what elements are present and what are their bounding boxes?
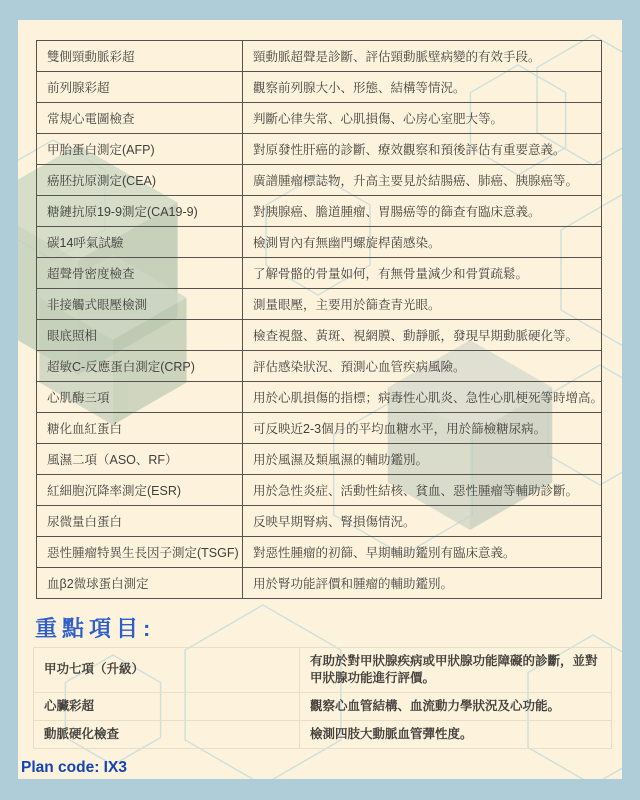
- exam-desc: 廣譜腫瘤標誌物，升高主要見於結腸癌、肺癌、胰腺癌等。: [243, 165, 602, 196]
- exam-name: 癌胚抗原測定(CEA): [37, 165, 243, 196]
- highlight-desc: 觀察心血管結構、血流動力學狀況及心功能。: [300, 692, 612, 720]
- exam-name: 前列腺彩超: [37, 72, 243, 103]
- exam-name: 惡性腫瘤特異生長因子測定(TSGF): [37, 537, 243, 568]
- table-row: 心肌酶三項 用於心肌損傷的指標；病毒性心肌炎、急性心肌梗死等時增高。: [37, 382, 602, 413]
- exam-name: 心肌酶三項: [37, 382, 243, 413]
- exam-name: 超敏C-反應蛋白測定(CRP): [37, 351, 243, 382]
- table-row: 癌胚抗原測定(CEA) 廣譜腫瘤標誌物，升高主要見於結腸癌、肺癌、胰腺癌等。: [37, 165, 602, 196]
- exam-desc: 對原發性肝癌的診斷、療效觀察和預後評估有重要意義。: [243, 134, 602, 165]
- highlight-items-table: 甲功七項（升級） 有助於對甲狀腺疾病或甲狀腺功能障礙的診斷，並對甲狀腺功能進行評…: [33, 647, 612, 749]
- exam-desc: 觀察前列腺大小、形態、結構等情況。: [243, 72, 602, 103]
- highlight-name: 心臟彩超: [34, 692, 300, 720]
- exam-name: 尿微量白蛋白: [37, 506, 243, 537]
- exam-name: 超聲骨密度檢查: [37, 258, 243, 289]
- table-row: 非接觸式眼壓檢測 測量眼壓，主要用於篩查青光眼。: [37, 289, 602, 320]
- table-row: 紅細胞沉降率測定(ESR) 用於急性炎症、活動性結核、貧血、惡性腫瘤等輔助診斷。: [37, 475, 602, 506]
- exam-name: 甲胎蛋白測定(AFP): [37, 134, 243, 165]
- exam-name: 雙側頸動脈彩超: [37, 41, 243, 72]
- exam-name: 紅細胞沉降率測定(ESR): [37, 475, 243, 506]
- exam-desc: 對胰腺癌、膽道腫瘤、胃腸癌等的篩查有臨床意義。: [243, 196, 602, 227]
- exam-desc: 了解骨骼的骨量如何，有無骨量減少和骨質疏鬆。: [243, 258, 602, 289]
- table-row: 糖鏈抗原19-9測定(CA19-9) 對胰腺癌、膽道腫瘤、胃腸癌等的篩查有臨床意…: [37, 196, 602, 227]
- table-row: 血β2微球蛋白測定 用於腎功能評價和腫瘤的輔助鑑別。: [37, 568, 602, 599]
- exam-desc: 評估感染狀況、預測心血管疾病風險。: [243, 351, 602, 382]
- table-row: 甲功七項（升級） 有助於對甲狀腺疾病或甲狀腺功能障礙的診斷，並對甲狀腺功能進行評…: [34, 648, 612, 693]
- exam-name: 風濕二項（ASO、RF）: [37, 444, 243, 475]
- table-row: 尿微量白蛋白 反映早期腎病、腎損傷情況。: [37, 506, 602, 537]
- plan-card: 雙側頸動脈彩超 頸動脈超聲是診斷、評估頸動脈壁病變的有效手段。 前列腺彩超 觀察…: [18, 20, 622, 779]
- exam-desc: 用於風濕及類風濕的輔助鑑別。: [243, 444, 602, 475]
- exam-name: 眼底照相: [37, 320, 243, 351]
- exam-desc: 用於腎功能評價和腫瘤的輔助鑑別。: [243, 568, 602, 599]
- highlight-name: 甲功七項（升級）: [34, 648, 300, 693]
- highlight-desc: 檢測四肢大動脈血管彈性度。: [300, 720, 612, 748]
- table-row: 甲胎蛋白測定(AFP) 對原發性肝癌的診斷、療效觀察和預後評估有重要意義。: [37, 134, 602, 165]
- exam-name: 非接觸式眼壓檢測: [37, 289, 243, 320]
- table-row: 雙側頸動脈彩超 頸動脈超聲是診斷、評估頸動脈壁病變的有效手段。: [37, 41, 602, 72]
- exam-name: 血β2微球蛋白測定: [37, 568, 243, 599]
- table-row: 糖化血紅蛋白 可反映近2-3個月的平均血糖水平，用於篩檢糖尿病。: [37, 413, 602, 444]
- table-row: 超聲骨密度檢查 了解骨骼的骨量如何，有無骨量減少和骨質疏鬆。: [37, 258, 602, 289]
- exam-name: 碳14呼氣試驗: [37, 227, 243, 258]
- highlight-desc: 有助於對甲狀腺疾病或甲狀腺功能障礙的診斷，並對甲狀腺功能進行評價。: [300, 648, 612, 693]
- highlight-section-heading: 重點項目:: [35, 612, 155, 643]
- table-row: 惡性腫瘤特異生長因子測定(TSGF) 對惡性腫瘤的初篩、早期輔助鑑別有臨床意義。: [37, 537, 602, 568]
- table-row: 心臟彩超 觀察心血管結構、血流動力學狀況及心功能。: [34, 692, 612, 720]
- exam-desc: 檢查視盤、黃斑、視網膜、動靜脈，發現早期動脈硬化等。: [243, 320, 602, 351]
- exam-name: 糖化血紅蛋白: [37, 413, 243, 444]
- table-row: 碳14呼氣試驗 檢測胃內有無幽門螺旋桿菌感染。: [37, 227, 602, 258]
- exam-desc: 對惡性腫瘤的初篩、早期輔助鑑別有臨床意義。: [243, 537, 602, 568]
- table-row: 動脈硬化檢查 檢測四肢大動脈血管彈性度。: [34, 720, 612, 748]
- exam-name: 糖鏈抗原19-9測定(CA19-9): [37, 196, 243, 227]
- table-row: 前列腺彩超 觀察前列腺大小、形態、結構等情況。: [37, 72, 602, 103]
- exam-name: 常規心電圖檢查: [37, 103, 243, 134]
- table-row: 風濕二項（ASO、RF） 用於風濕及類風濕的輔助鑑別。: [37, 444, 602, 475]
- highlight-name: 動脈硬化檢查: [34, 720, 300, 748]
- exam-desc: 判斷心律失常、心肌損傷、心房心室肥大等。: [243, 103, 602, 134]
- exam-desc: 反映早期腎病、腎損傷情況。: [243, 506, 602, 537]
- exam-desc: 檢測胃內有無幽門螺旋桿菌感染。: [243, 227, 602, 258]
- table-row: 常規心電圖檢查 判斷心律失常、心肌損傷、心房心室肥大等。: [37, 103, 602, 134]
- exam-desc: 頸動脈超聲是診斷、評估頸動脈壁病變的有效手段。: [243, 41, 602, 72]
- plan-code-label: Plan code: IX3: [21, 759, 127, 777]
- exam-desc: 測量眼壓，主要用於篩查青光眼。: [243, 289, 602, 320]
- table-row: 超敏C-反應蛋白測定(CRP) 評估感染狀況、預測心血管疾病風險。: [37, 351, 602, 382]
- exam-desc: 用於急性炎症、活動性結核、貧血、惡性腫瘤等輔助診斷。: [243, 475, 602, 506]
- exam-desc: 用於心肌損傷的指標；病毒性心肌炎、急性心肌梗死等時增高。: [243, 382, 602, 413]
- exam-desc: 可反映近2-3個月的平均血糖水平，用於篩檢糖尿病。: [243, 413, 602, 444]
- table-row: 眼底照相 檢查視盤、黃斑、視網膜、動靜脈，發現早期動脈硬化等。: [37, 320, 602, 351]
- exam-items-table: 雙側頸動脈彩超 頸動脈超聲是診斷、評估頸動脈壁病變的有效手段。 前列腺彩超 觀察…: [36, 40, 602, 599]
